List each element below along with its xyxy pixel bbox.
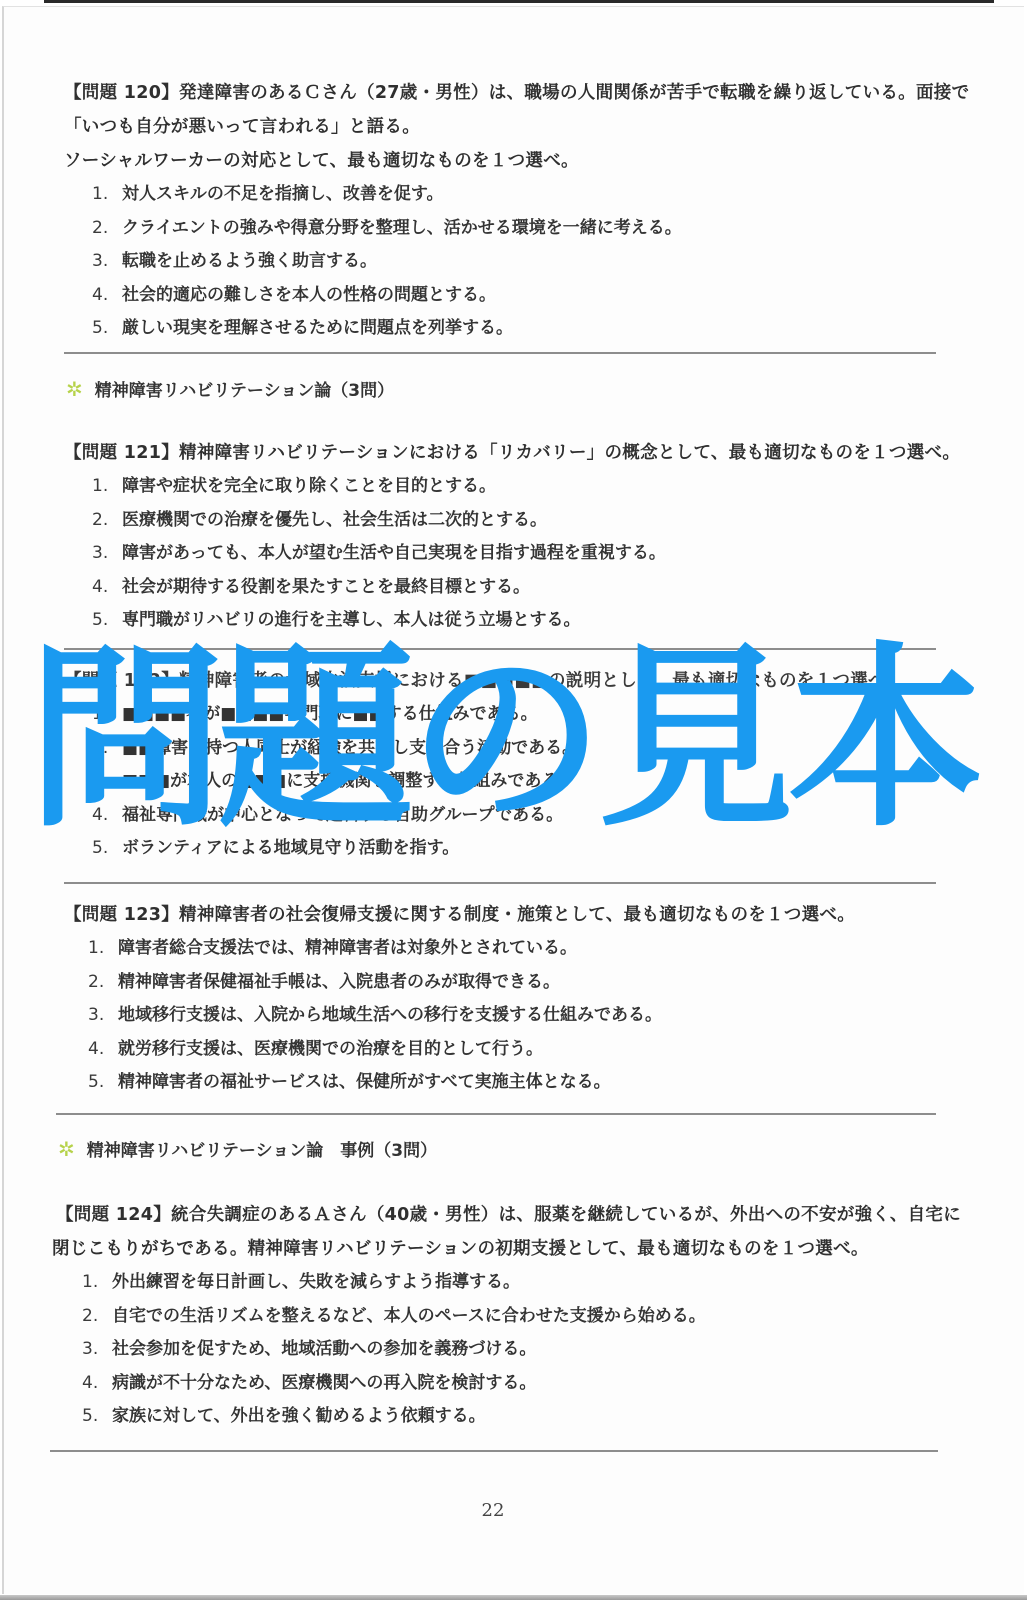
question-number: 【問題 123】 bbox=[64, 905, 179, 925]
question-number: 【問題 122】 bbox=[64, 671, 179, 691]
answer-options: 1.対人スキルの不足を指摘し、改善を促す。 2.クライエントの強みや得意分野を整… bbox=[0, 178, 1027, 346]
answer-option: 2.精神障害者保健福祉手帳は、入院患者のみが取得できる。 bbox=[88, 966, 1027, 1000]
section-heading: ✲ 精神障害リハビリテーション論 事例（3問） bbox=[58, 1136, 437, 1161]
section-heading: ✲ 精神障害リハビリテーション論（3問） bbox=[66, 376, 394, 401]
question-number: 【問題 121】 bbox=[64, 443, 179, 463]
answer-option: 4.就労移行支援は、医療機関での治療を目的として行う。 bbox=[88, 1033, 1027, 1067]
question-stem: 【問題 120】発達障害のあるＣさん（27歳・男性）は、職場の人間関係が苦手で転… bbox=[0, 76, 1027, 110]
answer-options: 1.外出練習を毎日計画し、失敗を減らすよう指導する。 2.自宅での生活リズムを整… bbox=[0, 1266, 1027, 1434]
answer-option: 3.障害があっても、本人が望む生活や自己実現を目指す過程を重視する。 bbox=[92, 537, 1027, 571]
answer-options: 1.障害や症状を完全に取り除くことを目的とする。 2.医療機関での治療を優先し、… bbox=[0, 470, 1027, 638]
scan-top-edge bbox=[44, 0, 994, 3]
answer-option: 4.病識が不十分なため、医療機関への再入院を検討する。 bbox=[82, 1367, 1027, 1401]
answer-option: 3.地域移行支援は、入院から地域生活への移行を支援する仕組みである。 bbox=[88, 999, 1027, 1033]
answer-option: 3.転職を止めるよう強く助言する。 bbox=[92, 245, 1027, 279]
question-124: 【問題 124】統合失調症のあるＡさん（40歳・男性）は、服薬を継続しているが、… bbox=[0, 1198, 1027, 1434]
answer-option: 3.社会参加を促すため、地域活動への参加を義務づける。 bbox=[82, 1333, 1027, 1367]
answer-option: 1.障害者総合支援法では、精神障害者は対象外とされている。 bbox=[88, 932, 1027, 966]
answer-option: 5.専門職がリハビリの進行を主導し、本人は従う立場とする。 bbox=[92, 604, 1027, 638]
answer-option: 5.ボランティアによる地域見守り活動を指す。 bbox=[92, 832, 1027, 866]
answer-option: 4.社会的適応の難しさを本人の性格の問題とする。 bbox=[92, 279, 1027, 313]
section-divider bbox=[50, 1450, 938, 1452]
page-number: 22 bbox=[0, 1500, 986, 1521]
question-stem-line2: 閉じこもりがちである。精神障害リハビリテーションの初期支援として、最も適切なもの… bbox=[0, 1232, 1027, 1266]
answer-option: 4.社会が期待する役割を果たすことを最終目標とする。 bbox=[92, 571, 1027, 605]
answer-options: 1.障害者総合支援法では、精神障害者は対象外とされている。 2.精神障害者保健福… bbox=[0, 932, 1027, 1100]
question-stem: 【問題 122】精神障害者の地域生活支援における■■■■■の説明として、最も適切… bbox=[0, 664, 1027, 698]
answer-option: 5.厳しい現実を理解させるために問題点を列挙する。 bbox=[92, 312, 1027, 346]
answer-option: 2.クライエントの強みや得意分野を整理し、活かせる環境を一緒に考える。 bbox=[92, 212, 1027, 246]
section-divider bbox=[64, 648, 936, 650]
asterisk-flower-icon: ✲ bbox=[66, 379, 83, 399]
answer-option: 5.精神障害者の福祉サービスは、保健所がすべて実施主体となる。 bbox=[88, 1066, 1027, 1100]
question-instruction: ソーシャルワーカーの対応として、最も適切なものを１つ選べ。 bbox=[0, 144, 1027, 178]
answer-option: 5.家族に対して、外出を強く勧めるよう依頼する。 bbox=[82, 1400, 1027, 1434]
question-122: 【問題 122】精神障害者の地域生活支援における■■■■■の説明として、最も適切… bbox=[0, 664, 1027, 866]
answer-option: 2.自宅での生活リズムを整えるなど、本人のペースに合わせた支援から始める。 bbox=[82, 1300, 1027, 1334]
answer-option: 4.福祉専門職が中心となって運営する自助グループである。 bbox=[92, 799, 1027, 833]
section-divider bbox=[64, 352, 936, 354]
question-stem-line2: 「いつも自分が悪いって言われる」と語る。 bbox=[0, 110, 1027, 144]
answer-option: 3.■■■が本人の■■■に支援機関を調整する仕組みである。 bbox=[92, 765, 1027, 799]
answer-option: 1.外出練習を毎日計画し、失敗を減らすよう指導する。 bbox=[82, 1266, 1027, 1300]
section-divider bbox=[64, 882, 936, 884]
answer-option: 2.医療機関での治療を優先し、社会生活は二次的とする。 bbox=[92, 504, 1027, 538]
question-stem: 【問題 121】精神障害リハビリテーションにおける「リカバリー」の概念として、最… bbox=[0, 436, 1027, 470]
question-number: 【問題 124】 bbox=[56, 1205, 171, 1225]
answer-option: 1.■■■■者が■■■■専門職に■■する仕組みである。 bbox=[92, 698, 1027, 732]
question-stem: 【問題 123】精神障害者の社会復帰支援に関する制度・施策として、最も適切なもの… bbox=[0, 898, 1027, 932]
answer-option: 1.障害や症状を完全に取り除くことを目的とする。 bbox=[92, 470, 1027, 504]
answer-option: 2.■■障害を持つ人同士が経験を共有し支え合う活動である。 bbox=[92, 732, 1027, 766]
section-divider bbox=[56, 1113, 936, 1115]
question-121: 【問題 121】精神障害リハビリテーションにおける「リカバリー」の概念として、最… bbox=[0, 436, 1027, 638]
question-number: 【問題 120】 bbox=[64, 83, 179, 103]
question-123: 【問題 123】精神障害者の社会復帰支援に関する制度・施策として、最も適切なもの… bbox=[0, 898, 1027, 1100]
section-title: 精神障害リハビリテーション論 事例（3問） bbox=[87, 1136, 437, 1161]
scan-bottom-edge bbox=[0, 1595, 1027, 1600]
section-title: 精神障害リハビリテーション論（3問） bbox=[95, 376, 394, 401]
answer-options: 1.■■■■者が■■■■専門職に■■する仕組みである。 2.■■障害を持つ人同士… bbox=[0, 698, 1027, 866]
asterisk-flower-icon: ✲ bbox=[58, 1139, 75, 1159]
answer-option: 1.対人スキルの不足を指摘し、改善を促す。 bbox=[92, 178, 1027, 212]
question-stem: 【問題 124】統合失調症のあるＡさん（40歳・男性）は、服薬を継続しているが、… bbox=[0, 1198, 1027, 1232]
question-120: 【問題 120】発達障害のあるＣさん（27歳・男性）は、職場の人間関係が苦手で転… bbox=[0, 76, 1027, 346]
